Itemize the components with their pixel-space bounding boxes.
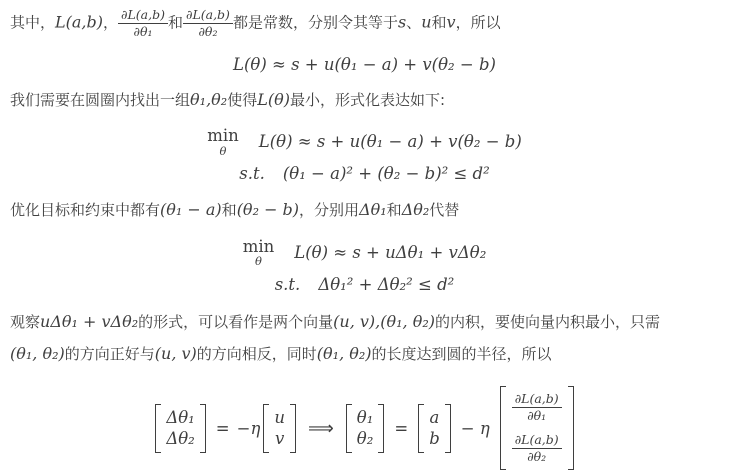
matrix-cell: a <box>430 407 440 428</box>
equation-text: L(θ) ≈ s + uΔθ₁ + vΔθ₂ <box>294 243 486 262</box>
document-page: 其中，L(a,b)，∂L(a,b)∂θ₁和∂L(a,b)∂θ₂都是常数，分别令其… <box>0 0 729 470</box>
paragraph-1: 其中，L(a,b)，∂L(a,b)∂θ₁和∂L(a,b)∂θ₂都是常数，分别令其… <box>10 7 719 41</box>
equation-constraint-1: s.t.(θ₁ − a)² + (θ₂ − b)² ≤ d² <box>10 164 719 183</box>
fraction-dL-dtheta2: ∂L(a,b)∂θ₂ <box>512 432 562 466</box>
matrix-cell: θ₁ <box>357 407 374 428</box>
inline-math: u <box>421 12 431 31</box>
fraction-dL-dtheta1: ∂L(a,b)∂θ₁ <box>512 391 562 425</box>
fraction-numerator: ∂L(a,b) <box>512 432 562 449</box>
fraction-numerator: ∂L(a,b) <box>118 7 168 24</box>
fraction-denominator: ∂θ₂ <box>512 449 562 465</box>
matrix-gradient: ∂L(a,b)∂θ₁∂L(a,b)∂θ₂ <box>500 386 574 470</box>
equation-text: L(θ) ≈ s + u(θ₁ − a) + v(θ₂ − b) <box>259 132 522 151</box>
subject-to-label: s.t. <box>239 164 265 183</box>
equation-text: (θ₁ − a)² + (θ₂ − b)² ≤ d² <box>283 164 490 183</box>
paragraph-3: 优化目标和约束中都有(θ₁ − a)和(θ₂ − b)，分别用Δθ₁和Δθ₂代替 <box>10 197 719 224</box>
text-run: 代替 <box>429 201 459 219</box>
fraction-denominator: ∂θ₁ <box>512 408 562 424</box>
inline-math: uΔθ₁ + vΔθ₂ <box>40 312 138 331</box>
implies-arrow-icon: ⟹ <box>308 418 334 439</box>
inline-math: (θ₁ − a) <box>160 200 222 219</box>
text-run: ， <box>103 13 118 31</box>
equation-L-approx: L(θ) ≈ s + u(θ₁ − a) + v(θ₂ − b) <box>10 55 719 74</box>
text-run: 的形式，可以看作是两个向量 <box>138 313 333 331</box>
matrix-ab: ab <box>418 404 451 453</box>
text-run: 的方向正好与 <box>65 345 155 363</box>
text-run: ，分别用 <box>299 201 359 219</box>
equals-sign: = <box>216 419 230 438</box>
matrix-cell: u <box>274 407 285 428</box>
paragraph-2: 我们需要在圆圈内找出一组θ₁,θ₂使得L(θ)最小，形式化表达如下: <box>10 87 719 114</box>
text-run: 都是常数，分别令其等于 <box>233 13 398 31</box>
equation-text: L(θ) ≈ s + u(θ₁ − a) + v(θ₂ − b) <box>233 55 496 74</box>
inline-math: L(a,b) <box>55 12 103 31</box>
text-run: 优化目标和约束中都有 <box>10 201 160 219</box>
text-run: 的内积，要使向量内积最小，只需 <box>435 313 660 331</box>
fraction-denominator: ∂θ₂ <box>183 24 233 40</box>
matrix-cell: v <box>275 428 284 449</box>
min-operator: minθ <box>207 128 239 157</box>
inline-math: (θ₁, θ₂) <box>317 344 372 363</box>
matrix-cell: Δθ₂ <box>166 428 194 449</box>
fraction-dL-dtheta2: ∂L(a,b)∂θ₂ <box>183 7 233 41</box>
fraction-dL-dtheta1: ∂L(a,b)∂θ₁ <box>118 7 168 41</box>
inline-math: (θ₂ − b) <box>237 200 299 219</box>
inline-math: Δθ₁ <box>359 200 387 219</box>
matrix-cell: Δθ₁ <box>166 407 194 428</box>
inline-math: (u, v),(θ₁, θ₂) <box>333 312 435 331</box>
inline-math: s <box>398 12 406 31</box>
text-run: 和 <box>432 13 447 31</box>
inline-math: (u, v) <box>155 344 197 363</box>
paragraph-4: 观察uΔθ₁ + vΔθ₂的形式，可以看作是两个向量(u, v),(θ₁, θ₂… <box>10 306 719 370</box>
text-run: 、 <box>406 13 421 31</box>
subject-to-label: s.t. <box>275 275 301 294</box>
equation-constraint-2: s.t.Δθ₁² + Δθ₂² ≤ d² <box>10 275 719 294</box>
text-run: ，所以 <box>456 13 501 31</box>
fraction-denominator: ∂θ₁ <box>118 24 168 40</box>
matrix-delta-theta: Δθ₁Δθ₂ <box>155 404 205 453</box>
coefficient-neg-eta: − η <box>461 419 490 438</box>
inline-math: Δθ₂ <box>402 200 430 219</box>
matrix-theta: θ₁θ₂ <box>346 404 385 453</box>
text-run: 使得 <box>227 91 257 109</box>
text-run: 其中， <box>10 13 55 31</box>
matrix-right-bracket <box>200 404 206 453</box>
text-run: 和 <box>168 13 183 31</box>
equation-text: Δθ₁² + Δθ₂² ≤ d² <box>318 275 454 294</box>
text-run: 和 <box>222 201 237 219</box>
min-subscript: θ <box>207 146 239 158</box>
matrix-right-bracket <box>290 404 296 453</box>
equals-sign: = <box>394 419 408 438</box>
text-run: 的方向相反，同时 <box>197 345 317 363</box>
inline-math: θ₁,θ₂ <box>190 90 227 109</box>
min-label: min <box>207 128 239 145</box>
text-run: 的长度达到圆的半径，所以 <box>372 345 552 363</box>
text-run: 最小，形式化表达如下: <box>290 91 445 109</box>
min-label: min <box>243 239 275 256</box>
equation-gradient-update: Δθ₁Δθ₂ = −η uv ⟹ θ₁θ₂ = ab − η ∂L(a,b)∂θ… <box>10 386 719 470</box>
matrix-right-bracket <box>378 404 384 453</box>
text-run: 观察 <box>10 313 40 331</box>
fraction-numerator: ∂L(a,b) <box>512 391 562 408</box>
min-subscript: θ <box>243 256 275 268</box>
inline-math: L(θ) <box>257 90 290 109</box>
fraction-numerator: ∂L(a,b) <box>183 7 233 24</box>
min-operator: minθ <box>243 239 275 268</box>
text-run: 我们需要在圆圈内找出一组 <box>10 91 190 109</box>
matrix-cell: b <box>429 428 440 449</box>
matrix-uv: uv <box>263 404 296 453</box>
equation-min-objective-2: minθL(θ) ≈ s + uΔθ₁ + vΔθ₂ <box>10 239 719 268</box>
inline-math: v <box>447 12 456 31</box>
matrix-right-bracket <box>568 386 574 470</box>
matrix-cell: θ₂ <box>357 428 374 449</box>
inline-math: (θ₁, θ₂) <box>10 344 65 363</box>
matrix-right-bracket <box>445 404 451 453</box>
coefficient-neg-eta: −η <box>237 419 261 438</box>
equation-min-objective-1: minθL(θ) ≈ s + u(θ₁ − a) + v(θ₂ − b) <box>10 128 719 157</box>
text-run: 和 <box>387 201 402 219</box>
